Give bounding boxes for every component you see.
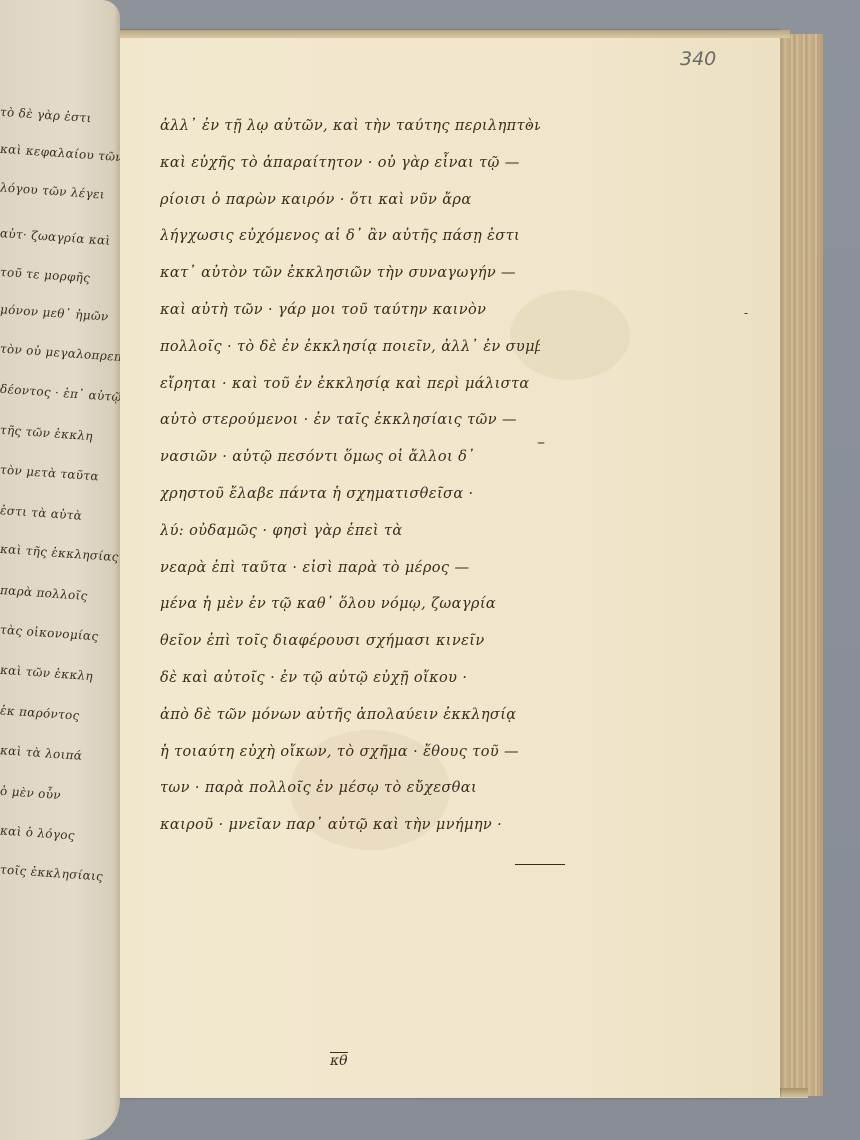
manuscript-line: δὲ καὶ αὐτοῖς · ἐν τῷ αὐτῷ εὐχῇ οἴκου ·	[160, 660, 540, 697]
verso-line: τὸν οὐ μεγαλοπρεπῆ	[0, 341, 120, 364]
manuscript-line: καὶ αὐτὴ τῶν · γάρ μοι τοῦ ταύτην καινὸν	[160, 292, 540, 329]
margin-mark: ‐	[744, 306, 748, 320]
verso-line: τὸ δὲ γὰρ ἐστι	[0, 105, 91, 125]
manuscript-line: αὐτὸ στερούμενοι · ἐν ταῖς ἐκκλησίαις τῶ…	[160, 402, 540, 439]
quire-signature: κθ	[330, 1052, 348, 1068]
manuscript-line: μένα ἡ μὲν ἐν τῷ καθ᾽ ὅλου νόμῳ, ζωαγρία	[160, 586, 540, 623]
verso-line: τὰς οἰκονομίας	[0, 623, 98, 644]
leaf-top-edge	[90, 30, 790, 38]
manuscript-line: θεῖον ἐπὶ τοῖς διαφέρουσι σχήμασι κινεῖν	[160, 623, 540, 660]
manuscript-line: των · παρὰ πολλοῖς ἐν μέσῳ τὸ εὔχεσθαι	[160, 770, 540, 807]
verso-line: ἐκ παρόντος	[0, 703, 80, 723]
verso-line: ἐστι τὰ αὐτὰ	[0, 503, 82, 523]
verso-line: δέοντος · ἐπ᾽ αὐτῷ	[0, 382, 120, 405]
verso-line: τοῦ τε μορφῆς	[0, 265, 90, 285]
manuscript-line: καὶ εὐχῆς τὸ ἀπαραίτητον · οὐ γὰρ εἶναι …	[160, 145, 540, 182]
manuscript-line: καιροῦ · μνεῖαν παρ᾽ αὐτῷ καὶ τὴν μνήμην…	[160, 807, 540, 844]
line-end-rule	[515, 864, 565, 865]
manuscript-line: χρηστοῦ ἔλαβε πάντα ἡ σχηματισθεῖσα ·	[160, 476, 540, 513]
manuscript-line: πολλοῖς · τὸ δὲ ἐν ἐκκλησίᾳ ποιεῖν, ἀλλ᾽…	[160, 329, 540, 366]
manuscript-text-block: ἀλλ᾽ ἐν τῇ λῳ αὐτῶν, καὶ τὴν ταύτης περι…	[160, 108, 540, 844]
folio-number: 340	[680, 48, 716, 70]
manuscript-line: λήγχωσις εὐχόμενος αἱ δ᾽ ἂν αὐτῆς πάσῃ ἐ…	[160, 218, 540, 255]
verso-line: ὁ μὲν οὖν	[0, 784, 61, 802]
verso-line: καὶ τῆς ἐκκλησίας	[0, 542, 119, 564]
verso-line: τῆς τῶν ἐκκλη	[0, 423, 93, 443]
manuscript-line: εἴρηται · καὶ τοῦ ἐν ἐκκλησίᾳ καὶ περὶ μ…	[160, 366, 540, 403]
manuscript-line: ρίοισι ὁ παρὼν καιρόν · ὅτι καὶ νῦν ἄρα	[160, 182, 540, 219]
verso-line: καὶ τῶν ἐκκλη	[0, 663, 93, 683]
verso-page-fragment: τὸ δὲ γὰρ ἐστι καὶ κεφαλαίου τῶν λόγου τ…	[0, 0, 120, 1140]
manuscript-line: ἀλλ᾽ ἐν τῇ λῳ αὐτῶν, καὶ τὴν ταύτης περι…	[160, 108, 540, 145]
manuscript-line: κατ᾽ αὐτὸν τῶν ἐκκλησιῶν τὴν συναγωγήν —	[160, 255, 540, 292]
verso-line: παρὰ πολλοῖς	[0, 583, 88, 603]
verso-line: αὐτ· ζωαγρία καὶ	[0, 226, 110, 248]
verso-line: τὸν μετὰ ταῦτα	[0, 463, 99, 484]
verso-line: τοῖς ἐκκλησίαις	[0, 862, 103, 883]
verso-line: καὶ τὰ λοιπά	[0, 743, 82, 763]
manuscript-line: ἀπὸ δὲ τῶν μόνων αὐτῆς ἀπολαύειν ἐκκλησί…	[160, 697, 540, 734]
margin-dot: ·	[527, 116, 532, 135]
manuscript-line: ἡ τοιαύτη εὐχὴ οἴκων, τὸ σχῆμα · ἔθους τ…	[160, 734, 540, 771]
manuscript-line: νεαρὰ ἐπὶ ταῦτα · εἰσὶ παρὰ τὸ μέρος —	[160, 550, 540, 587]
verso-line: καὶ κεφαλαίου τῶν	[0, 142, 120, 165]
margin-dash: –	[537, 432, 545, 451]
verso-line: λόγου τῶν λέγει	[0, 180, 105, 201]
verso-line: καὶ ὁ λόγος	[0, 823, 75, 842]
manuscript-line: λύ: οὐδαμῶς · φησὶ γὰρ ἐπεὶ τὰ	[160, 513, 540, 550]
manuscript-line: νασιῶν · αὐτῷ πεσόντι ὅμως οἱ ἄλλοι δ᾽	[160, 439, 540, 476]
verso-line: μόνον μεθ᾽ ἡμῶν	[0, 302, 109, 324]
